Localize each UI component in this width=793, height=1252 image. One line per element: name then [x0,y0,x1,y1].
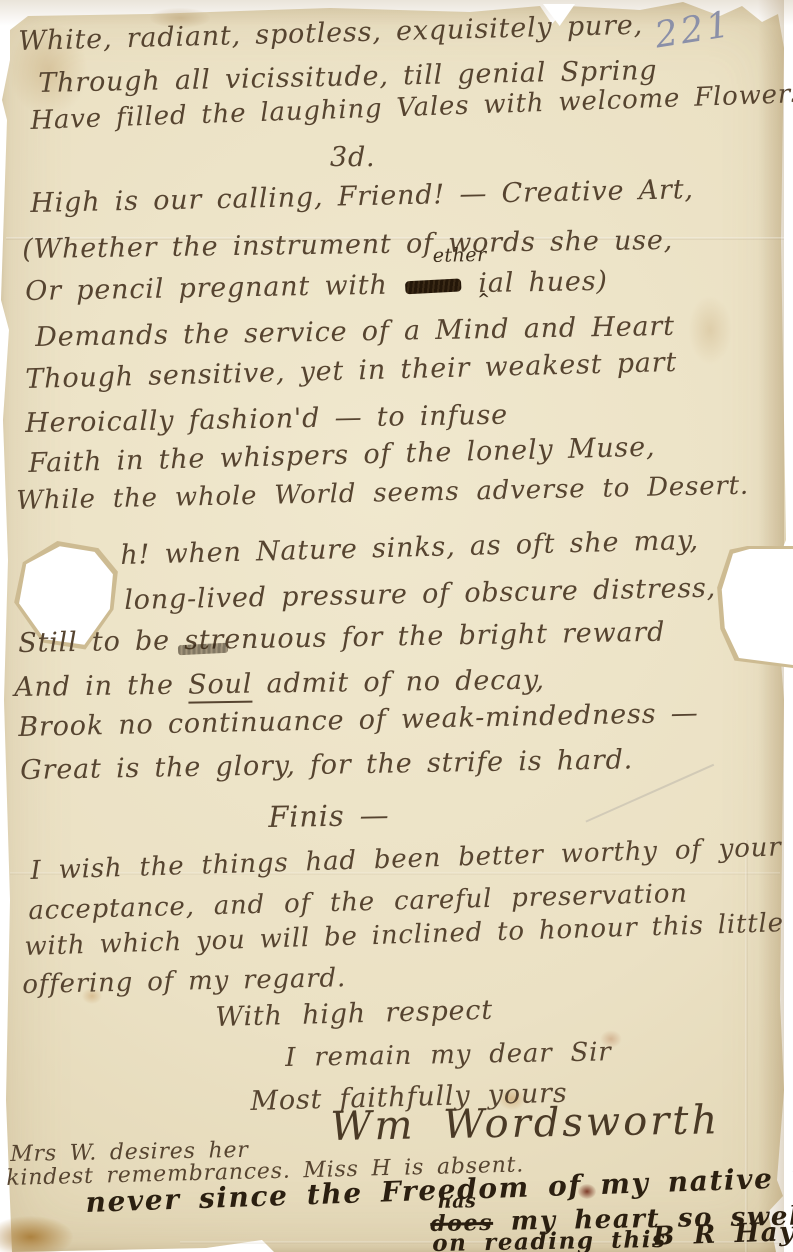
annotation-line: on reading this [432,1226,667,1252]
line-suffix: ial hues) [478,266,608,299]
finis-mark: Finis — [268,798,390,834]
sonnet-number-heading: 3d. [330,142,375,173]
manuscript-scan: 221 White, radiant, spotless, exquisitel… [0,0,793,1252]
ink-scribble-deletion [405,278,462,294]
closing-remain: I remain my dear Sir [285,1037,612,1073]
insertion-caret: ^ [477,290,491,308]
inserted-word-above: has [438,1190,477,1213]
line-prefix: And in the [14,670,174,703]
inserted-word-above: ether [433,244,487,267]
wordsworth-signature: Wm Wordsworth [330,1097,721,1150]
line-prefix: Or pencil pregnant with [25,270,388,307]
line-suffix: admit of no decay, [266,665,545,700]
underlined-word: Soul [188,669,252,704]
haydon-signature: B R Haydon [652,1215,793,1252]
